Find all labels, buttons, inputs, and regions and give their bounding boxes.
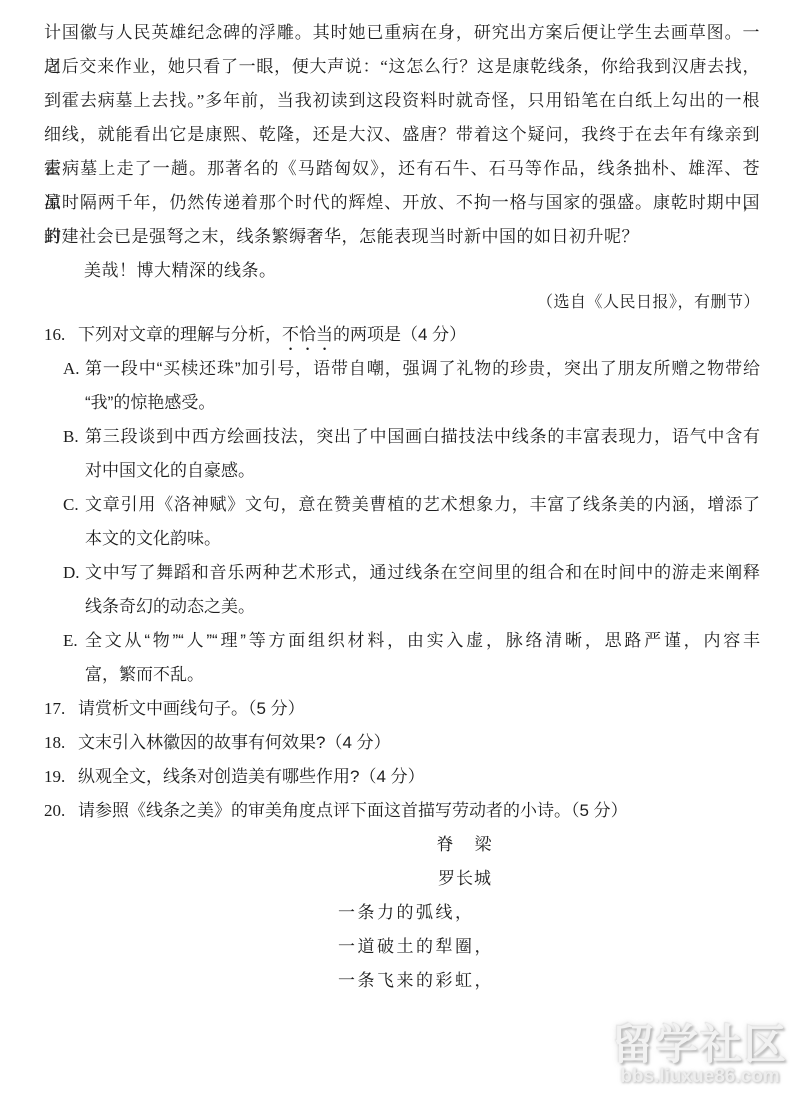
option-a-line-1: 第一段中“买椟还珠”加引号，语带自嘲，强调了礼物的珍贵，突出了朋友所赠之物带给 — [85, 352, 760, 386]
reading-passage: 计国徽与人民英雄纪念碑的浮雕。其时她已重病在身，研究出方案后便让学生去画草图。一… — [0, 0, 798, 318]
option-a-letter: A. — [63, 352, 85, 420]
option-d-line-2: 线条奇幻的动态之美。 — [85, 590, 760, 624]
question-19-text: 纵观全文，线条对创造美有哪些作用?（4 分） — [78, 760, 760, 794]
option-e-text: 全文从“物”“人”“理”等方面组织材料，由实入虚，脉络清晰，思路严谨，内容丰 富… — [85, 624, 760, 692]
questions-section: 16. 下列对文章的理解与分析，不恰当的两项是（4 分） A. 第一段中“买椟还… — [0, 318, 798, 828]
question-18: 18. 文末引入林徽因的故事有何效果?（4 分） — [44, 726, 760, 760]
option-d-line-1: 文中写了舞蹈和音乐两种艺术形式，通过线条在空间里的组合和在时间中的游走来阐释 — [85, 556, 760, 590]
question-18-number: 18. — [44, 726, 78, 760]
question-17: 17. 请赏析文中画线句子。（5 分） — [44, 692, 760, 726]
question-17-number: 17. — [44, 692, 78, 726]
question-19: 19. 纵观全文，线条对创造美有哪些作用?（4 分） — [44, 760, 760, 794]
question-16: 16. 下列对文章的理解与分析，不恰当的两项是（4 分） — [44, 318, 760, 352]
passage-line-5: 去病墓上走了一趟。那著名的《马踏匈奴》，还有石牛、石马等作品，线条拙朴、雄浑、苍… — [44, 152, 760, 186]
poem-line-1: 一条力的弧线， — [300, 896, 630, 930]
question-20: 20. 请参照《线条之美》的审美角度点评下面这首描写劳动者的小诗。（5 分） — [44, 794, 760, 828]
option-a: A. 第一段中“买椟还珠”加引号，语带自嘲，强调了礼物的珍贵，突出了朋友所赠之物… — [63, 352, 760, 420]
option-b: B. 第三段谈到中西方绘画技法，突出了中国画白描技法中线条的丰富表现力，语气中含… — [63, 420, 760, 488]
option-e-line-1: 全文从“物”“人”“理”等方面组织材料，由实入虚，脉络清晰，思路严谨，内容丰 — [85, 624, 760, 658]
option-c-line-2: 本文的文化韵味。 — [85, 522, 760, 556]
option-e: E. 全文从“物”“人”“理”等方面组织材料，由实入虚，脉络清晰，思路严谨，内容… — [63, 624, 760, 692]
passage-line-4: 细线，就能看出它是康熙、乾隆，还是大汉、盛唐？带着这个疑问，我终于在去年有缘亲到… — [44, 118, 760, 152]
passage-line-1: 计国徽与人民英雄纪念碑的浮雕。其时她已重病在身，研究出方案后便让学生去画草图。一… — [44, 16, 760, 50]
option-c-letter: C. — [63, 488, 85, 556]
poem-line-2: 一道破土的犁圈， — [300, 930, 630, 964]
poem-title: 脊 梁 — [300, 828, 630, 862]
question-17-text: 请赏析文中画线句子。（5 分） — [78, 692, 760, 726]
watermark-url-text: bbs.liuxue86.com — [612, 1066, 788, 1088]
question-18-text: 文末引入林徽因的故事有何效果?（4 分） — [78, 726, 760, 760]
passage-line-6: 虽时隔两千年，仍然传递着那个时代的辉煌、开放、不拘一格与国家的强盛。康乾时期中国… — [44, 186, 760, 220]
passage-source-attribution: （选自《人民日报》，有删节） — [44, 288, 760, 318]
option-d-text: 文中写了舞蹈和音乐两种艺术形式，通过线条在空间里的组合和在时间中的游走来阐释 线… — [85, 556, 760, 624]
option-e-line-2: 富，繁而不乱。 — [85, 658, 760, 692]
option-a-line-2: “我”的惊艳感受。 — [85, 386, 760, 420]
question-16-options: A. 第一段中“买椟还珠”加引号，语带自嘲，强调了礼物的珍贵，突出了朋友所赠之物… — [44, 352, 760, 692]
watermark-logo-text: 留学社区 — [612, 1012, 788, 1072]
passage-line-3: 到霍去病墓上去找。”多年前，当我初读到这段资料时就奇怪，只用铅笔在白纸上勾出的一… — [44, 84, 760, 118]
option-b-letter: B. — [63, 420, 85, 488]
question-20-number: 20. — [44, 794, 78, 828]
question-20-text: 请参照《线条之美》的审美角度点评下面这首描写劳动者的小诗。（5 分） — [78, 794, 760, 828]
option-b-line-1: 第三段谈到中西方绘画技法，突出了中国画白描技法中线条的丰富表现力，语气中含有 — [85, 420, 760, 454]
question-16-stem: 下列对文章的理解与分析，不恰当的两项是（4 分） — [78, 318, 760, 352]
question-16-number: 16. — [44, 318, 78, 352]
site-watermark: 留学社区 bbs.liuxue86.com — [612, 1012, 788, 1088]
passage-line-7: 封建社会已是强弩之末，线条繁缛奢华，怎能表现当时新中国的如日初升呢？ — [44, 220, 760, 254]
question-19-number: 19. — [44, 760, 78, 794]
exam-scan-page: 计国徽与人民英雄纪念碑的浮雕。其时她已重病在身，研究出方案后便让学生去画草图。一… — [0, 0, 798, 1096]
passage-line-2: 之后交来作业，她只看了一眼，便大声说：“这怎么行？这是康乾线条，你给我到汉唐去找… — [44, 50, 760, 84]
question-16-stem-emphasized: 不恰当 — [282, 325, 333, 344]
poem-author: 罗长城 — [300, 862, 630, 896]
option-c-text: 文章引用《洛神赋》文句，意在赞美曹植的艺术想象力，丰富了线条美的内涵，增添了 本… — [85, 488, 760, 556]
option-c: C. 文章引用《洛神赋》文句，意在赞美曹植的艺术想象力，丰富了线条美的内涵，增添… — [63, 488, 760, 556]
passage-closing-line: 美哉！博大精深的线条。 — [44, 254, 760, 288]
option-d: D. 文中写了舞蹈和音乐两种艺术形式，通过线条在空间里的组合和在时间中的游走来阐… — [63, 556, 760, 624]
question-16-stem-suffix: 的两项是（4 分） — [333, 325, 466, 344]
question-16-stem-prefix: 下列对文章的理解与分析， — [78, 325, 282, 344]
option-a-text: 第一段中“买椟还珠”加引号，语带自嘲，强调了礼物的珍贵，突出了朋友所赠之物带给 … — [85, 352, 760, 420]
option-b-text: 第三段谈到中西方绘画技法，突出了中国画白描技法中线条的丰富表现力，语气中含有 对… — [85, 420, 760, 488]
option-d-letter: D. — [63, 556, 85, 624]
poem-block: 脊 梁 罗长城 一条力的弧线， 一道破土的犁圈， 一条飞来的彩虹， — [300, 828, 630, 998]
option-b-line-2: 对中国文化的自豪感。 — [85, 454, 760, 488]
poem-line-3: 一条飞来的彩虹， — [300, 964, 630, 998]
option-c-line-1: 文章引用《洛神赋》文句，意在赞美曹植的艺术想象力，丰富了线条美的内涵，增添了 — [85, 488, 760, 522]
option-e-letter: E. — [63, 624, 85, 692]
